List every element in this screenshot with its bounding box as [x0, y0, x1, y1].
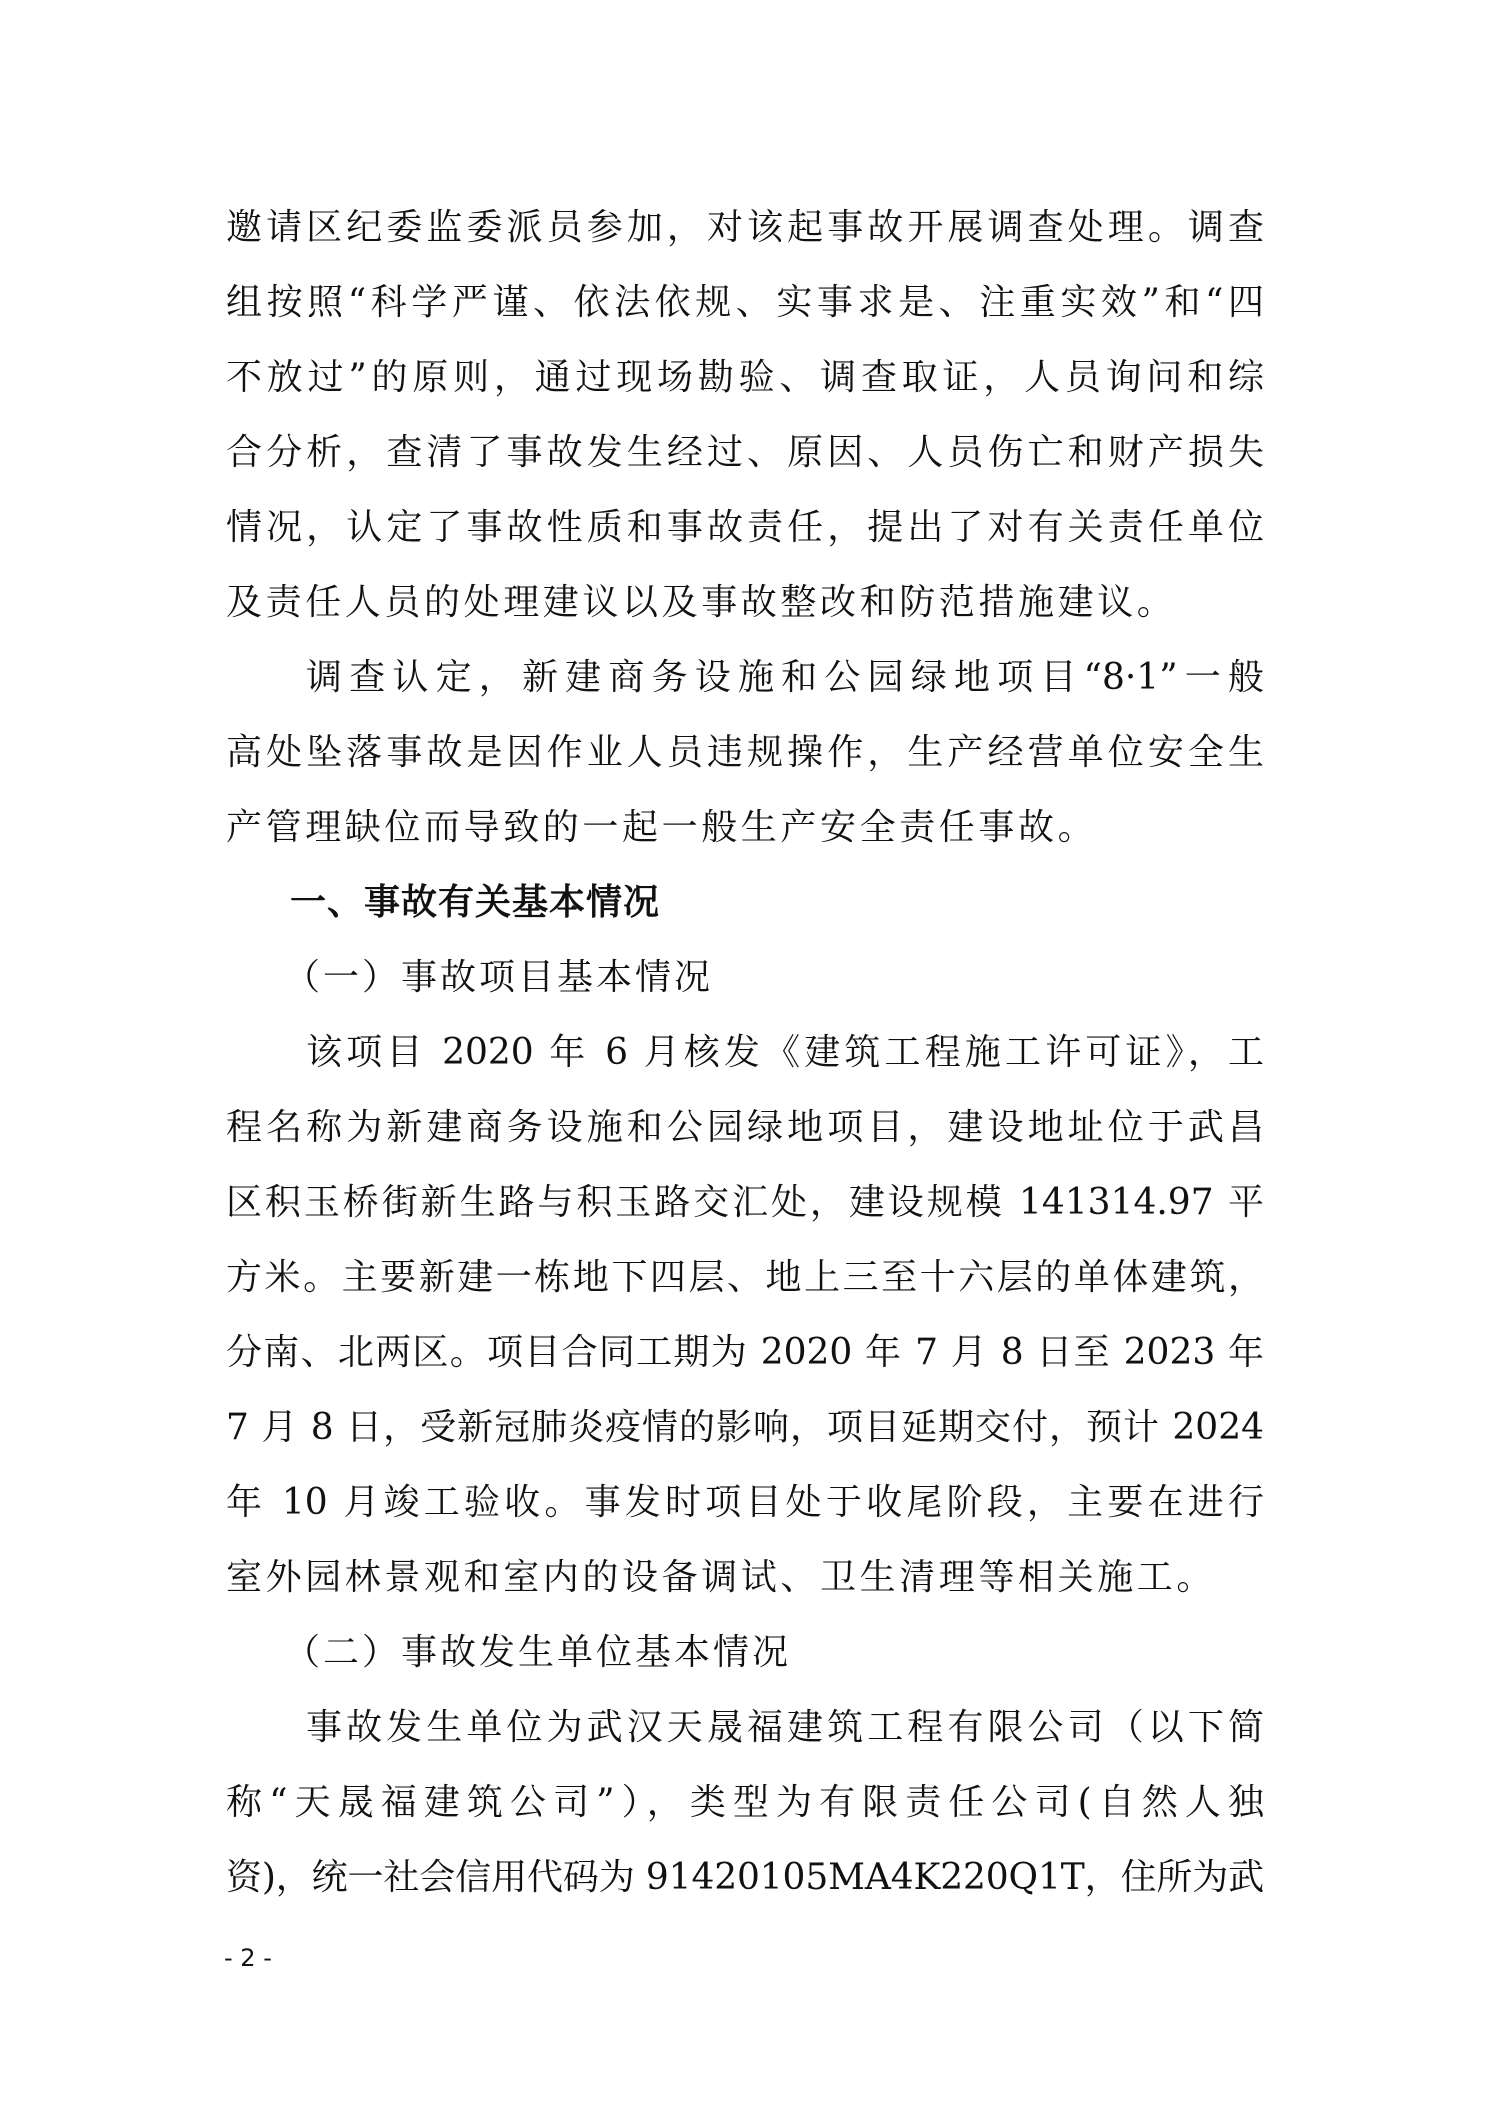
body-line: 产管理缺位而导致的一起一般生产安全责任事故。	[226, 790, 1264, 865]
body-line: 称“天晟福建筑公司”），类型为有限责任公司(自然人独	[226, 1765, 1264, 1840]
body-line: 邀请区纪委监委派员参加，对该起事故开展调查处理。调查	[226, 190, 1264, 265]
body-line: 年 10 月竣工验收。事发时项目处于收尾阶段，主要在进行	[226, 1465, 1264, 1540]
body-line: 资)，统一社会信用代码为 91420105MA4K220Q1T，住所为武	[226, 1840, 1264, 1915]
subsection-heading: （二）事故发生单位基本情况	[226, 1615, 1264, 1690]
body-line: 方米。主要新建一栋地下四层、地上三至十六层的单体建筑，	[226, 1240, 1264, 1315]
subsection-heading: （一）事故项目基本情况	[226, 940, 1264, 1015]
body-line: 不放过”的原则，通过现场勘验、调查取证，人员询问和综	[226, 340, 1264, 415]
body-line: 分南、北两区。项目合同工期为 2020 年 7 月 8 日至 2023 年	[226, 1315, 1264, 1390]
body-line: 及责任人员的处理建议以及事故整改和防范措施建议。	[226, 565, 1264, 640]
body-line: 调查认定，新建商务设施和公园绿地项目“8·1”一般	[226, 640, 1264, 715]
body-line: 该项目 2020 年 6 月核发《建筑工程施工许可证》，工	[226, 1015, 1264, 1090]
document-page: 邀请区纪委监委派员参加，对该起事故开展调查处理。调查 组按照“科学严谨、依法依规…	[0, 0, 1487, 2104]
body-line: 组按照“科学严谨、依法依规、实事求是、注重实效”和“四	[226, 265, 1264, 340]
body-line: 事故发生单位为武汉天晟福建筑工程有限公司（以下简	[226, 1690, 1264, 1765]
document-body: 邀请区纪委监委派员参加，对该起事故开展调查处理。调查 组按照“科学严谨、依法依规…	[226, 190, 1264, 1915]
section-heading: 一、事故有关基本情况	[226, 865, 1264, 940]
body-line: 区积玉桥街新生路与积玉路交汇处，建设规模 141314.97 平	[226, 1165, 1264, 1240]
body-line: 室外园林景观和室内的设备调试、卫生清理等相关施工。	[226, 1540, 1264, 1615]
body-line: 情况，认定了事故性质和事故责任，提出了对有关责任单位	[226, 490, 1264, 565]
body-line: 程名称为新建商务设施和公园绿地项目，建设地址位于武昌	[226, 1090, 1264, 1165]
body-line: 7 月 8 日，受新冠肺炎疫情的影响，项目延期交付，预计 2024	[226, 1390, 1264, 1465]
page-number: - 2 -	[224, 1944, 272, 1972]
body-line: 合分析，查清了事故发生经过、原因、人员伤亡和财产损失	[226, 415, 1264, 490]
body-line: 高处坠落事故是因作业人员违规操作，生产经营单位安全生	[226, 715, 1264, 790]
